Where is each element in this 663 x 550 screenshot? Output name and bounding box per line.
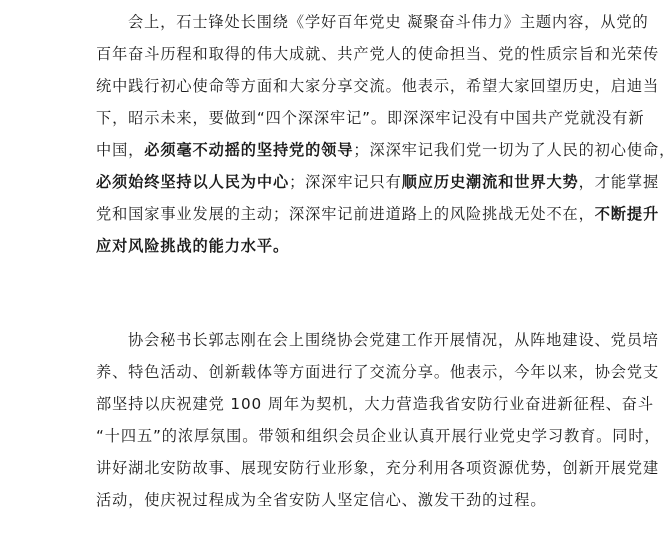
text-line: 讲好湖北安防故事、展现安防行业形象，充分利用各项资源优势，创新开展党建 bbox=[96, 458, 570, 478]
text-line: 下，昭示未来，要做到“四个深深牢记”。即深深牢记没有中国共产党就没有新 bbox=[96, 108, 570, 128]
text-line: 会上，石士锋处长围绕《学好百年党史 凝聚奋斗伟力》主题内容，从党的 bbox=[128, 12, 570, 32]
text-span: ；深深牢记我们党一切为了人民的初心使命， bbox=[353, 141, 663, 159]
bold-text: 必须毫不动摇的坚持党的领导 bbox=[144, 141, 353, 159]
text-line: 统中践行初心使命等方面和大家分享交流。他表示，希望大家回望历史，启迪当 bbox=[96, 76, 570, 96]
bold-text: 不断提升 bbox=[595, 205, 659, 223]
text-span: ，才能掌握 bbox=[579, 173, 659, 191]
bold-text: 必须始终坚持以人民为中心 bbox=[96, 173, 289, 191]
text-span: ；深深牢记只有 bbox=[289, 173, 402, 191]
text-line: 必须始终坚持以人民为中心；深深牢记只有顺应历史潮流和世界大势，才能掌握 bbox=[96, 172, 570, 192]
bold-text: 顺应历史潮流和世界大势 bbox=[402, 173, 579, 191]
text-line: 协会秘书长郭志刚在会上围绕协会党建工作开展情况，从阵地建设、党员培 bbox=[128, 330, 570, 350]
text-line: 养、特色活动、创新载体等方面进行了交流分享。他表示，今年以来，协会党支 bbox=[96, 362, 570, 382]
text-line: 中国，必须毫不动摇的坚持党的领导；深深牢记我们党一切为了人民的初心使命， bbox=[96, 140, 570, 160]
text-line: 党和国家事业发展的主动；深深牢记前进道路上的风险挑战无处不在，不断提升 bbox=[96, 204, 570, 224]
bold-text: 应对风险挑战的能力水平。 bbox=[96, 237, 289, 255]
text-line: 活动，使庆祝过程成为全省安防人坚定信心、激发干劲的过程。 bbox=[96, 490, 570, 510]
text-line: 百年奋斗历程和取得的伟大成就、共产党人的使命担当、党的性质宗旨和光荣传 bbox=[96, 44, 570, 64]
text-line: 应对风险挑战的能力水平。 bbox=[96, 236, 570, 256]
text-span: 中国， bbox=[96, 141, 144, 159]
text-line: 部坚持以庆祝建党 100 周年为契机，大力营造我省安防行业奋进新征程、奋斗 bbox=[96, 394, 570, 414]
text-line: “十四五”的浓厚氛围。带领和组织会员企业认真开展行业党史学习教育。同时， bbox=[96, 426, 570, 446]
text-span: 党和国家事业发展的主动；深深牢记前进道路上的风险挑战无处不在， bbox=[96, 205, 595, 223]
